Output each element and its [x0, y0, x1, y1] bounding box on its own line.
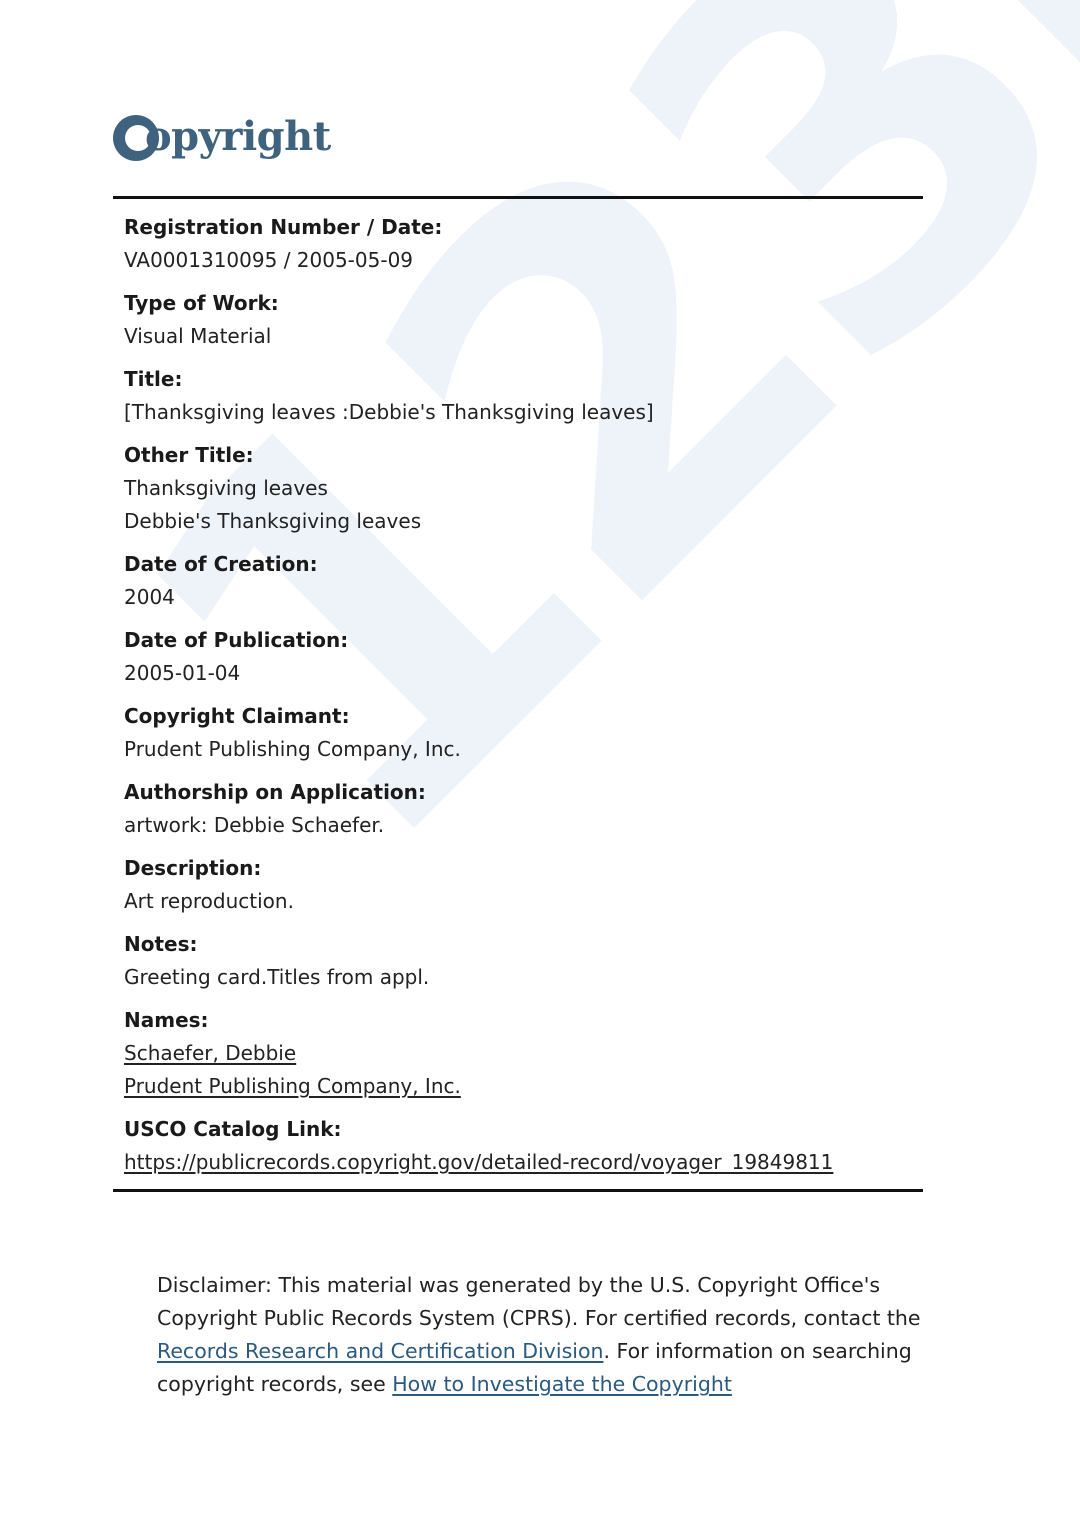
record-details: Registration Number / Date:VA0001310095 …	[124, 211, 914, 1189]
catalog-link[interactable]: https://publicrecords.copyright.gov/deta…	[124, 1150, 833, 1174]
name-link-schaefer[interactable]: Schaefer, Debbie	[124, 1041, 296, 1065]
record-field: Other Title:Thanksgiving leavesDebbie's …	[124, 439, 914, 538]
field-value: Thanksgiving leaves	[124, 472, 914, 505]
record-field: Registration Number / Date:VA0001310095 …	[124, 211, 914, 277]
field-value: Visual Material	[124, 320, 914, 353]
how-to-investigate-link[interactable]: How to Investigate the Copyright	[392, 1372, 732, 1396]
record-field: Date of Publication:2005-01-04	[124, 624, 914, 690]
disclaimer-text: Disclaimer: This material was generated …	[157, 1273, 921, 1330]
record-field: Type of Work:Visual Material	[124, 287, 914, 353]
field-label: Notes:	[124, 928, 914, 961]
record-field: Description:Art reproduction.	[124, 852, 914, 918]
field-value: VA0001310095 / 2005-05-09	[124, 244, 914, 277]
copyright-logo: opyright	[113, 112, 331, 164]
field-label: Authorship on Application:	[124, 776, 914, 809]
field-value: Greeting card.Titles from appl.	[124, 961, 914, 994]
field-names: Names: Schaefer, Debbie Prudent Publishi…	[124, 1004, 914, 1103]
record-field: Date of Creation:2004	[124, 548, 914, 614]
field-label: Date of Publication:	[124, 624, 914, 657]
records-research-link[interactable]: Records Research and Certification Divis…	[157, 1339, 604, 1363]
field-value: 2005-01-04	[124, 657, 914, 690]
field-value: Art reproduction.	[124, 885, 914, 918]
field-label: Names:	[124, 1004, 914, 1037]
field-value: Prudent Publishing Company, Inc.	[124, 733, 914, 766]
logo-text: opyright	[145, 113, 331, 160]
record-field: Copyright Claimant:Prudent Publishing Co…	[124, 700, 914, 766]
field-label: Date of Creation:	[124, 548, 914, 581]
field-label: Type of Work:	[124, 287, 914, 320]
record-field: Notes:Greeting card.Titles from appl.	[124, 928, 914, 994]
fields-list: Registration Number / Date:VA0001310095 …	[124, 211, 914, 994]
top-divider	[113, 196, 923, 199]
field-label: Other Title:	[124, 439, 914, 472]
name-link-prudent[interactable]: Prudent Publishing Company, Inc.	[124, 1074, 461, 1098]
field-label: Registration Number / Date:	[124, 211, 914, 244]
field-value: [Thanksgiving leaves :Debbie's Thanksgiv…	[124, 396, 914, 429]
field-value: artwork: Debbie Schaefer.	[124, 809, 914, 842]
field-value: Debbie's Thanksgiving leaves	[124, 505, 914, 538]
field-label: Copyright Claimant:	[124, 700, 914, 733]
record-field: Authorship on Application:artwork: Debbi…	[124, 776, 914, 842]
disclaimer: Disclaimer: This material was generated …	[157, 1269, 927, 1401]
field-catalog-link: USCO Catalog Link: https://publicrecords…	[124, 1113, 914, 1179]
bottom-divider	[113, 1189, 923, 1192]
field-label: Title:	[124, 363, 914, 396]
field-value: Schaefer, Debbie	[124, 1037, 914, 1070]
field-value: 2004	[124, 581, 914, 614]
field-label: USCO Catalog Link:	[124, 1113, 914, 1146]
field-label: Description:	[124, 852, 914, 885]
field-value: Prudent Publishing Company, Inc.	[124, 1070, 914, 1103]
record-field: Title:[Thanksgiving leaves :Debbie's Tha…	[124, 363, 914, 429]
field-value: https://publicrecords.copyright.gov/deta…	[124, 1146, 914, 1179]
